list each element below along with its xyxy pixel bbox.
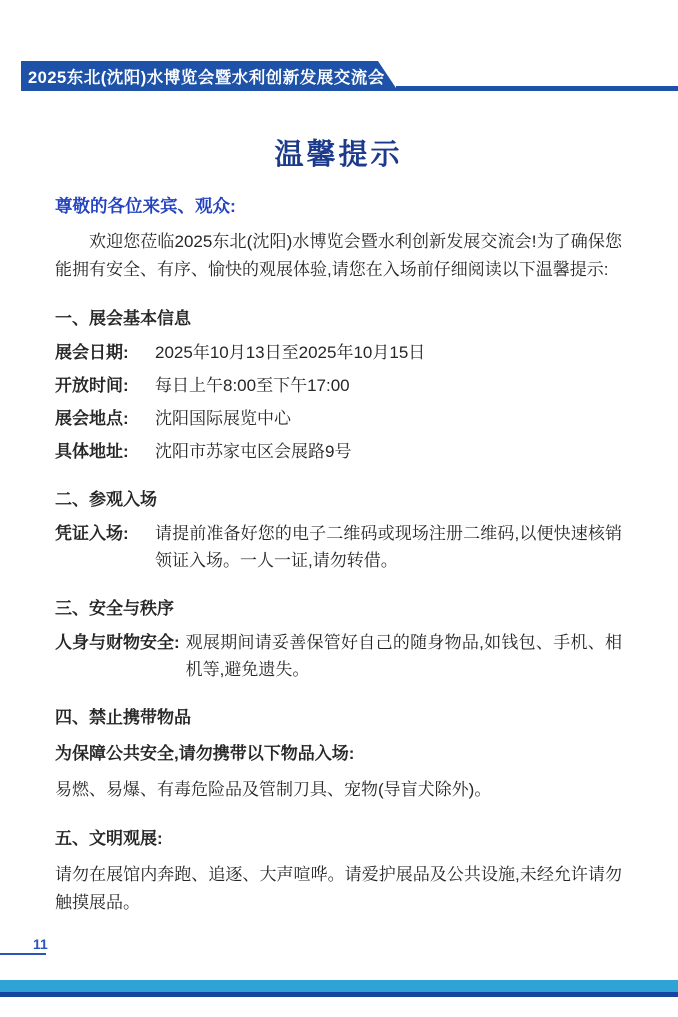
- info-row-hours: 开放时间: 每日上午8:00至下午17:00: [55, 372, 622, 399]
- section-exhibition-info: 一、展会基本信息 展会日期: 2025年10月13日至2025年10月15日 开…: [55, 305, 622, 465]
- section-civilized-viewing: 五、文明观展: 请勿在展馆内奔跑、追逐、大声喧哗。请爱护展品及公共设施,未经允许…: [55, 825, 622, 917]
- info-row-entry-pass: 凭证入场: 请提前准备好您的电子二维码或现场注册二维码,以便快速核销领证入场。一…: [55, 520, 622, 574]
- info-label: 具体地址:: [55, 438, 140, 465]
- section-heading: 三、安全与秩序: [55, 595, 622, 623]
- header-rule-line: [396, 86, 678, 91]
- section-heading: 一、展会基本信息: [55, 305, 622, 333]
- document-content: 温馨提示 尊敬的各位来宾、观众: 欢迎您莅临2025东北(沈阳)水博览会暨水利创…: [55, 138, 622, 917]
- section-heading: 五、文明观展:: [55, 825, 622, 853]
- info-value: 观展期间请妥善保管好自己的随身物品,如钱包、手机、相机等,避免遗失。: [186, 629, 622, 683]
- document-page: 2025东北(沈阳)水博览会暨水利创新发展交流会 温馨提示 尊敬的各位来宾、观众…: [0, 0, 678, 1017]
- page-number-underline: [0, 953, 46, 955]
- info-row-date: 展会日期: 2025年10月13日至2025年10月15日: [55, 339, 622, 366]
- event-title: 2025东北(沈阳)水博览会暨水利创新发展交流会: [28, 64, 385, 88]
- header-banner: 2025东北(沈阳)水博览会暨水利创新发展交流会: [21, 61, 398, 91]
- info-value: 请提前准备好您的电子二维码或现场注册二维码,以便快速核销领证入场。一人一证,请勿…: [140, 520, 622, 574]
- civilized-viewing-text: 请勿在展馆内奔跑、追逐、大声喧哗。请爱护展品及公共设施,未经允许请勿触摸展品。: [55, 861, 622, 917]
- prohibited-items-lead: 为保障公共安全,请勿携带以下物品入场:: [55, 740, 622, 768]
- section-admission: 二、参观入场 凭证入场: 请提前准备好您的电子二维码或现场注册二维码,以便快速核…: [55, 486, 622, 574]
- info-label: 开放时间:: [55, 372, 140, 399]
- intro-paragraph: 欢迎您莅临2025东北(沈阳)水博览会暨水利创新发展交流会!为了确保您能拥有安全…: [55, 228, 622, 284]
- info-value: 沈阳国际展览中心: [140, 405, 622, 432]
- footer-stripe-dark: [0, 992, 678, 997]
- info-value: 2025年10月13日至2025年10月15日: [140, 339, 622, 366]
- info-label: 人身与财物安全:: [55, 629, 180, 656]
- section-prohibited-items: 四、禁止携带物品 为保障公共安全,请勿携带以下物品入场: 易燃、易爆、有毒危险品…: [55, 704, 622, 804]
- prohibited-items-list: 易燃、易爆、有毒危险品及管制刀具、宠物(导盲犬除外)。: [55, 776, 622, 804]
- page-number: 11: [33, 936, 48, 952]
- page-title: 温馨提示: [55, 138, 622, 172]
- info-value: 每日上午8:00至下午17:00: [140, 372, 622, 399]
- info-label: 展会地点:: [55, 405, 140, 432]
- section-heading: 二、参观入场: [55, 486, 622, 514]
- info-row-venue: 展会地点: 沈阳国际展览中心: [55, 405, 622, 432]
- info-label: 展会日期:: [55, 339, 140, 366]
- footer-stripe-light: [0, 980, 678, 992]
- section-heading: 四、禁止携带物品: [55, 704, 622, 732]
- info-row-address: 具体地址: 沈阳市苏家屯区会展路9号: [55, 438, 622, 465]
- section-safety: 三、安全与秩序 人身与财物安全: 观展期间请妥善保管好自己的随身物品,如钱包、手…: [55, 595, 622, 683]
- info-row-personal-safety: 人身与财物安全: 观展期间请妥善保管好自己的随身物品,如钱包、手机、相机等,避免…: [55, 629, 622, 683]
- greeting-line: 尊敬的各位来宾、观众:: [55, 194, 622, 218]
- info-label: 凭证入场:: [55, 520, 140, 547]
- info-value: 沈阳市苏家屯区会展路9号: [140, 438, 622, 465]
